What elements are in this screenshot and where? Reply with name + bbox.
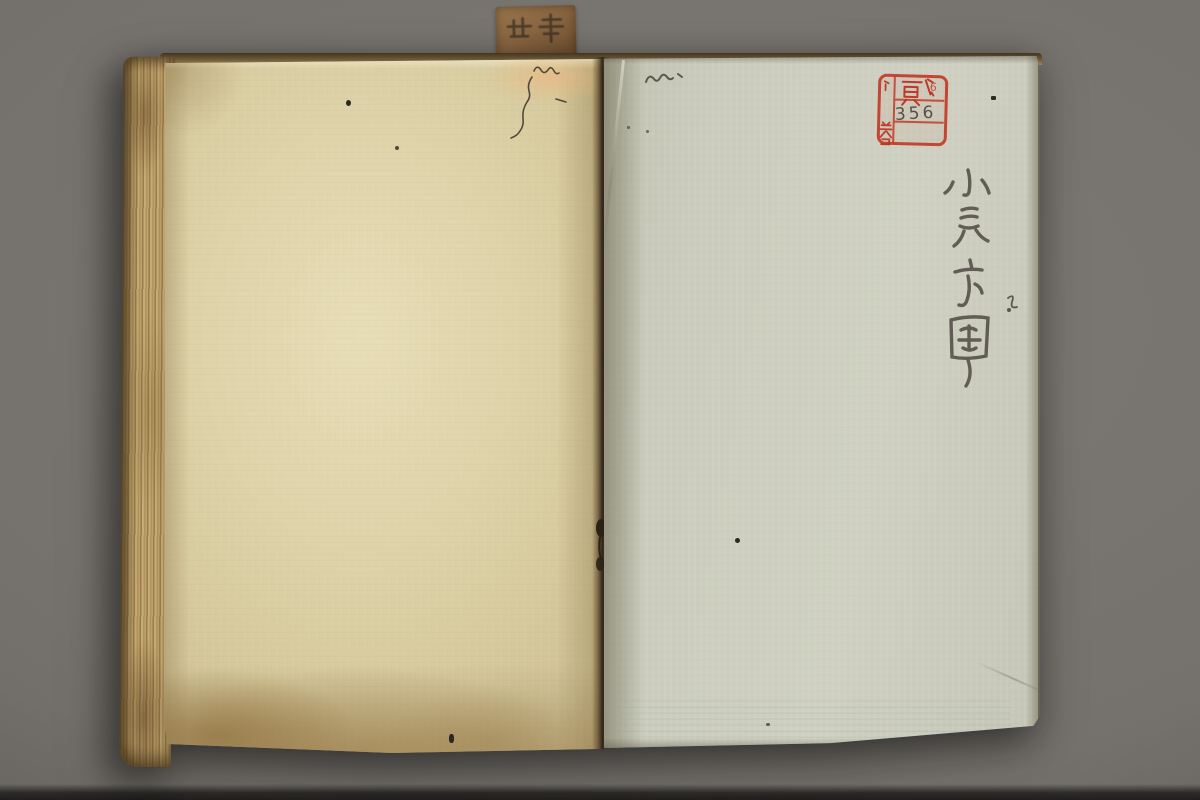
ink-speck — [766, 723, 770, 726]
ink-squiggle — [638, 64, 692, 98]
ink-speck — [395, 146, 399, 150]
bottom-stain — [164, 603, 602, 753]
page-shading — [604, 56, 644, 748]
ink-squiggle — [504, 61, 584, 171]
ink-speck — [449, 734, 454, 743]
faint-teal-streaks — [620, 700, 1010, 738]
seal-corner-mark: 6 — [929, 80, 937, 94]
seal-handwritten-number: 356 — [894, 102, 937, 124]
ink-speck — [627, 126, 630, 129]
ink-mark — [1000, 292, 1026, 320]
left-page — [164, 59, 602, 753]
page-edge-line — [1038, 56, 1040, 748]
page-shading — [604, 738, 1040, 748]
ink-speck — [735, 538, 740, 543]
ink-speck — [346, 100, 351, 106]
ink-speck — [646, 130, 649, 133]
handwritten-title — [936, 152, 1004, 392]
open-book-photograph: 6 356 — [0, 0, 1200, 800]
corner-stain — [164, 59, 284, 179]
ink-speck — [991, 96, 996, 100]
right-page: 6 356 — [604, 56, 1040, 748]
red-seal-stamp: 6 356 — [875, 71, 951, 149]
book: 6 356 — [0, 0, 1200, 800]
